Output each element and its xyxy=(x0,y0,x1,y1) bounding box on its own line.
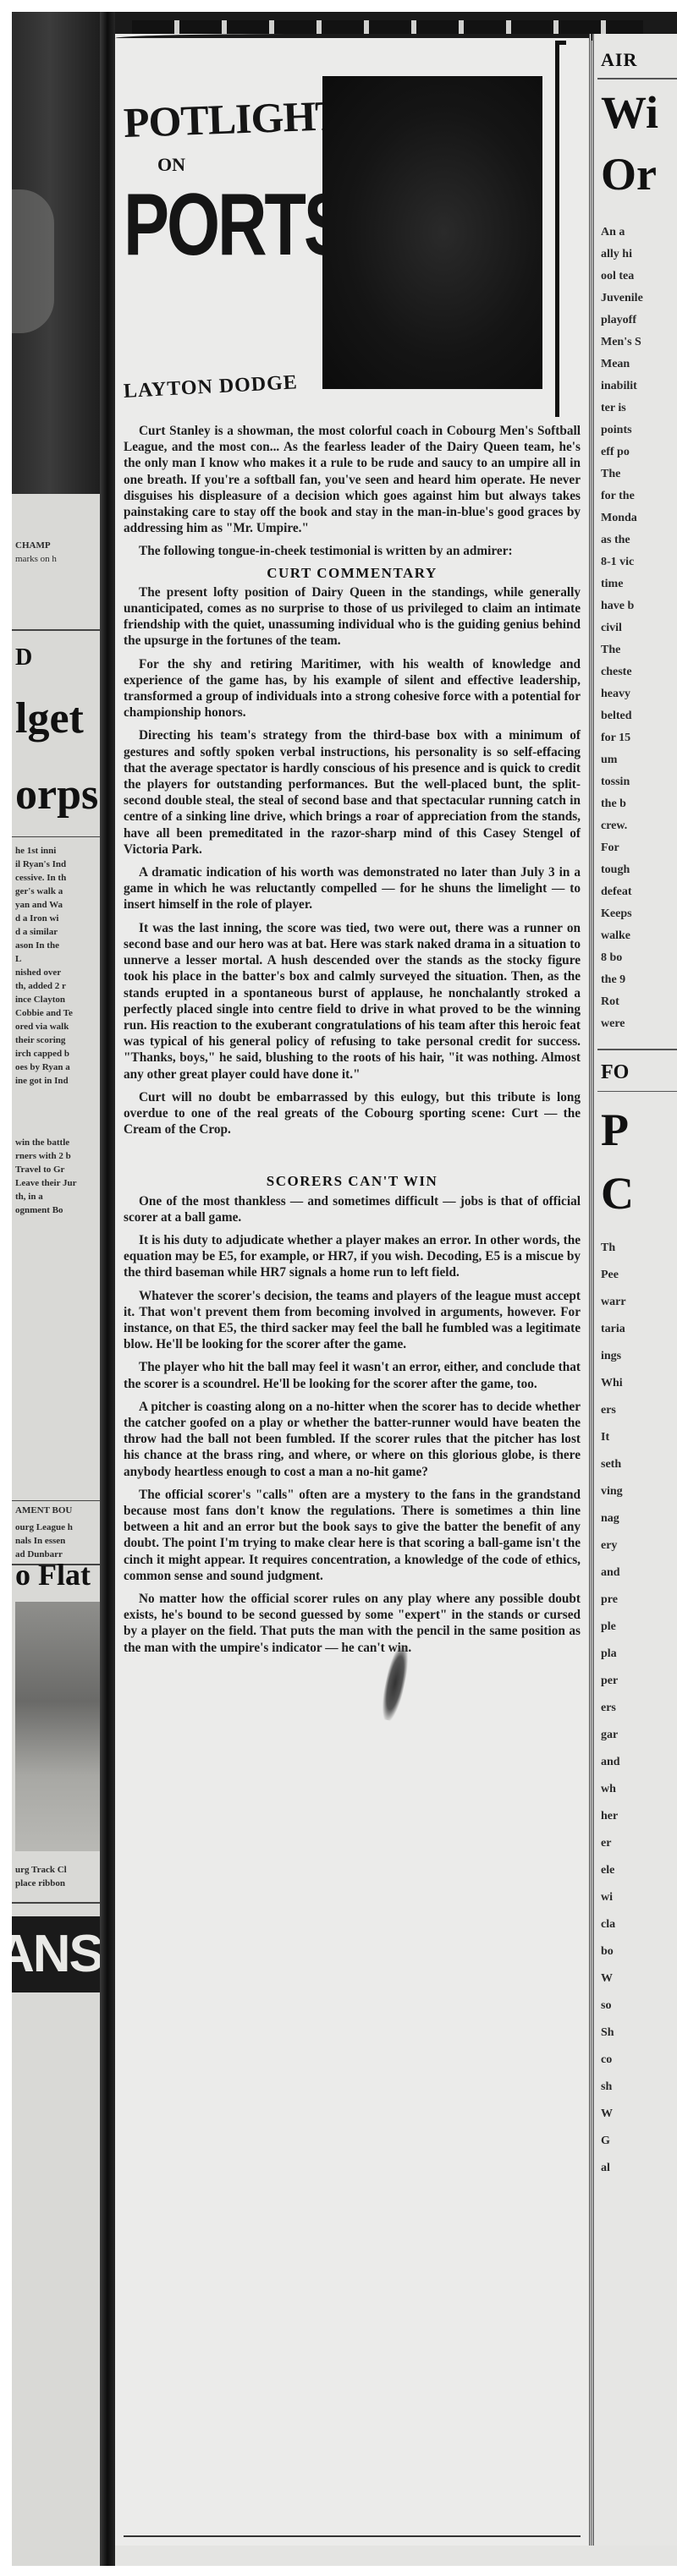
column-bottom-rule xyxy=(124,2535,581,2537)
paragraph: Curt Stanley is a showman, the most colo… xyxy=(124,423,581,536)
text-line: taria xyxy=(601,1316,677,1343)
text-line: ers xyxy=(601,1397,677,1424)
text-line: The xyxy=(601,639,677,661)
paragraph: A pitcher is coasting along on a no-hitt… xyxy=(124,1399,581,1480)
text-line: th, added 2 r xyxy=(15,980,102,993)
text-line: um xyxy=(601,749,677,771)
text-line: ple xyxy=(601,1614,677,1641)
text-line: defeat xyxy=(601,881,677,903)
text-line: and xyxy=(601,1749,677,1776)
text-line: ger's walk a xyxy=(15,885,102,898)
headline-fragment: Or xyxy=(601,148,657,200)
text-line: pla xyxy=(601,1641,677,1668)
column-border xyxy=(115,34,589,45)
text-line: ving xyxy=(601,1478,677,1505)
paragraph: Curt will no doubt be embarrassed by thi… xyxy=(124,1089,581,1138)
text-line: Men's S xyxy=(601,332,677,354)
right-body-lines: An aally hiool teaJuvenileplayoffMen's S… xyxy=(601,222,677,1035)
text-line: An a xyxy=(601,222,677,244)
text-line: Juvenile xyxy=(601,288,677,310)
text-line: W xyxy=(601,2101,677,2128)
text-line: the b xyxy=(601,793,677,815)
text-line: gar xyxy=(601,1722,677,1749)
photo-top-left xyxy=(12,12,107,494)
paragraph: It was the last inning, the score was ti… xyxy=(124,920,581,1082)
paragraph: It is his duty to adjudicate whether a p… xyxy=(124,1232,581,1281)
text-line: Mean xyxy=(601,354,677,375)
text-line: as the xyxy=(601,529,677,551)
subhead-curt-commentary: CURT COMMENTARY xyxy=(124,565,581,581)
curt-paragraphs: The present lofty position of Dairy Quee… xyxy=(124,584,581,1138)
paragraph: The following tongue-in-cheek testimonia… xyxy=(124,543,581,559)
text-line: crew. xyxy=(601,815,677,837)
text-line: have b xyxy=(601,595,677,617)
text-line: cheste xyxy=(601,661,677,683)
section-label: AIR xyxy=(601,49,637,71)
text-line: her xyxy=(601,1803,677,1830)
text-line: wi xyxy=(601,1884,677,1911)
ad-banner: ANS xyxy=(12,1916,107,1992)
headline-fragment: C xyxy=(601,1167,634,1219)
photo-caption-line: marks on h xyxy=(15,553,102,566)
text-line: warr xyxy=(601,1289,677,1316)
divider xyxy=(12,836,107,837)
headline-fragment: Wi xyxy=(601,86,658,139)
text-line: al xyxy=(601,2155,677,2182)
text-line: for the xyxy=(601,485,677,507)
text-line: he 1st inni xyxy=(15,845,102,858)
paragraph: One of the most thankless — and sometime… xyxy=(124,1193,581,1225)
divider xyxy=(12,1500,107,1501)
text-line: and xyxy=(601,1559,677,1587)
intro-paragraphs: Curt Stanley is a showman, the most colo… xyxy=(124,423,581,560)
text-line: civil xyxy=(601,617,677,639)
text-line: d a Iron wi xyxy=(15,913,102,925)
text-line: sh xyxy=(601,2074,677,2101)
text-line: ele xyxy=(601,1857,677,1884)
binding-gutter xyxy=(100,12,115,2566)
text-line: ings xyxy=(601,1343,677,1370)
article-body: Curt Stanley is a showman, the most colo… xyxy=(124,423,581,1656)
text-line: ourg League h xyxy=(15,1521,102,1534)
text-line: d a similar xyxy=(15,926,102,939)
text-line: per xyxy=(601,1668,677,1695)
photo-caption-line: place ribbon xyxy=(15,1877,102,1890)
text-line: W xyxy=(601,1965,677,1992)
scorers-paragraphs: One of the most thankless — and sometime… xyxy=(124,1193,581,1656)
text-line: Whi xyxy=(601,1370,677,1397)
right-body-lines: ThPeewarrtariaingsWhiersItsethvingnagery… xyxy=(601,1235,677,2182)
text-line: ally hi xyxy=(601,244,677,266)
headline-fragment: o Flat xyxy=(15,1559,91,1590)
paragraph: For the shy and retiring Maritimer, with… xyxy=(124,656,581,721)
headline-fragment: orps xyxy=(15,773,98,817)
paragraph: The player who hit the ball may feel it … xyxy=(124,1359,581,1391)
photo-caption-line: urg Track Cl xyxy=(15,1864,102,1877)
sports-column: POTLIGHT ON PORTS LAYTON DODGE Curt Stan… xyxy=(115,34,592,2546)
text-line: ter is xyxy=(601,397,677,419)
text-line: ers xyxy=(601,1695,677,1722)
paragraph: The official scorer's "calls" often are … xyxy=(124,1487,581,1584)
text-line: the 9 xyxy=(601,969,677,991)
divider xyxy=(12,629,107,631)
paragraph: The present lofty position of Dairy Quee… xyxy=(124,584,581,649)
text-line: 8-1 vic xyxy=(601,551,677,573)
title-sports: PORTS xyxy=(124,181,289,269)
text-line: heavy xyxy=(601,683,677,705)
paragraph: A dramatic indication of his worth was d… xyxy=(124,864,581,913)
title-spotlight: POTLIGHT xyxy=(123,94,336,144)
text-line: ason In the xyxy=(15,940,102,952)
text-line: rners with 2 b xyxy=(15,1150,102,1163)
paragraph: No matter how the official scorer rules … xyxy=(124,1591,581,1656)
text-line: Cobbie and Te xyxy=(15,1007,102,1020)
subhead-scorers-cant-win: SCORERS CAN'T WIN xyxy=(124,1173,581,1189)
text-line: tossin xyxy=(601,771,677,793)
divider xyxy=(597,78,677,79)
text-line: L xyxy=(15,953,102,966)
text-line: win the battle xyxy=(15,1137,102,1149)
photo-caption-line: CHAMP xyxy=(15,540,102,552)
text-line: cessive. In th xyxy=(15,872,102,885)
text-line: ool tea xyxy=(601,266,677,288)
text-line: belted xyxy=(601,705,677,727)
text-line: wh xyxy=(601,1776,677,1803)
paragraph: Whatever the scorer's decision, the team… xyxy=(124,1288,581,1353)
text-line: seth xyxy=(601,1451,677,1478)
text-line: walke xyxy=(601,925,677,947)
text-line: nished over xyxy=(15,967,102,979)
text-line: 8 bo xyxy=(601,947,677,969)
text-line: The xyxy=(601,463,677,485)
divider xyxy=(597,1091,677,1092)
text-line: time xyxy=(601,573,677,595)
text-line: ognment Bo xyxy=(15,1204,102,1217)
adjacent-column-right: AIR Wi Or An aally hiool teaJuvenileplay… xyxy=(592,34,677,2546)
columnist-photo xyxy=(322,76,542,389)
text-line: cla xyxy=(601,1911,677,1938)
text-line: nals In essen xyxy=(15,1535,102,1548)
text-line: for 15 xyxy=(601,727,677,749)
text-line: co xyxy=(601,2047,677,2074)
text-line: Keeps xyxy=(601,903,677,925)
text-line: il Ryan's Ind xyxy=(15,858,102,871)
text-line: Th xyxy=(601,1235,677,1262)
text-line: ery xyxy=(601,1532,677,1559)
text-line: Sh xyxy=(601,2020,677,2047)
text-line: Rot xyxy=(601,991,677,1013)
text-line: eff po xyxy=(601,441,677,463)
text-line: nag xyxy=(601,1505,677,1532)
title-on: ON xyxy=(157,156,335,174)
text-line: Leave their Jur xyxy=(15,1177,102,1190)
text-line: their scoring xyxy=(15,1034,102,1047)
text-line: It xyxy=(601,1424,677,1451)
text-line: tough xyxy=(601,859,677,881)
headline-fragment: P xyxy=(601,1104,629,1156)
divider xyxy=(597,1049,677,1050)
text-line: were xyxy=(601,1013,677,1035)
paragraph: Directing his team's strategy from the t… xyxy=(124,727,581,858)
text-line: yan and Wa xyxy=(15,899,102,912)
text-line: G xyxy=(601,2128,677,2155)
text-line: th, in a xyxy=(15,1191,102,1203)
adjacent-page-strip: CHAMP marks on h D lget orps he 1st inni… xyxy=(12,12,107,2566)
photo-bottom-left xyxy=(15,1602,100,1851)
section-letter: D xyxy=(15,646,32,670)
text-line: ored via walk xyxy=(15,1021,102,1033)
text-line: ine got in Ind xyxy=(15,1075,102,1088)
text-line: Monda xyxy=(601,507,677,529)
section-label: FO xyxy=(601,1061,629,1084)
text-line: points xyxy=(601,419,677,441)
text-line: oes by Ryan a xyxy=(15,1061,102,1074)
text-line: bo xyxy=(601,1938,677,1965)
text-line: so xyxy=(601,1992,677,2020)
text-line: inabilit xyxy=(601,375,677,397)
photo-frame xyxy=(555,41,566,417)
text-line: Pee xyxy=(601,1262,677,1289)
text-line: For xyxy=(601,837,677,859)
divider xyxy=(12,1902,107,1904)
text-line: ince Clayton xyxy=(15,994,102,1006)
left-subhead: AMENT BOU xyxy=(15,1504,102,1517)
text-line: Travel to Gr xyxy=(15,1164,102,1176)
text-line: playoff xyxy=(601,310,677,332)
text-line: irch capped b xyxy=(15,1048,102,1061)
text-line: er xyxy=(601,1830,677,1857)
text-line: pre xyxy=(601,1587,677,1614)
headline-fragment: lget xyxy=(15,697,84,741)
column-title: POTLIGHT ON PORTS xyxy=(124,101,335,389)
